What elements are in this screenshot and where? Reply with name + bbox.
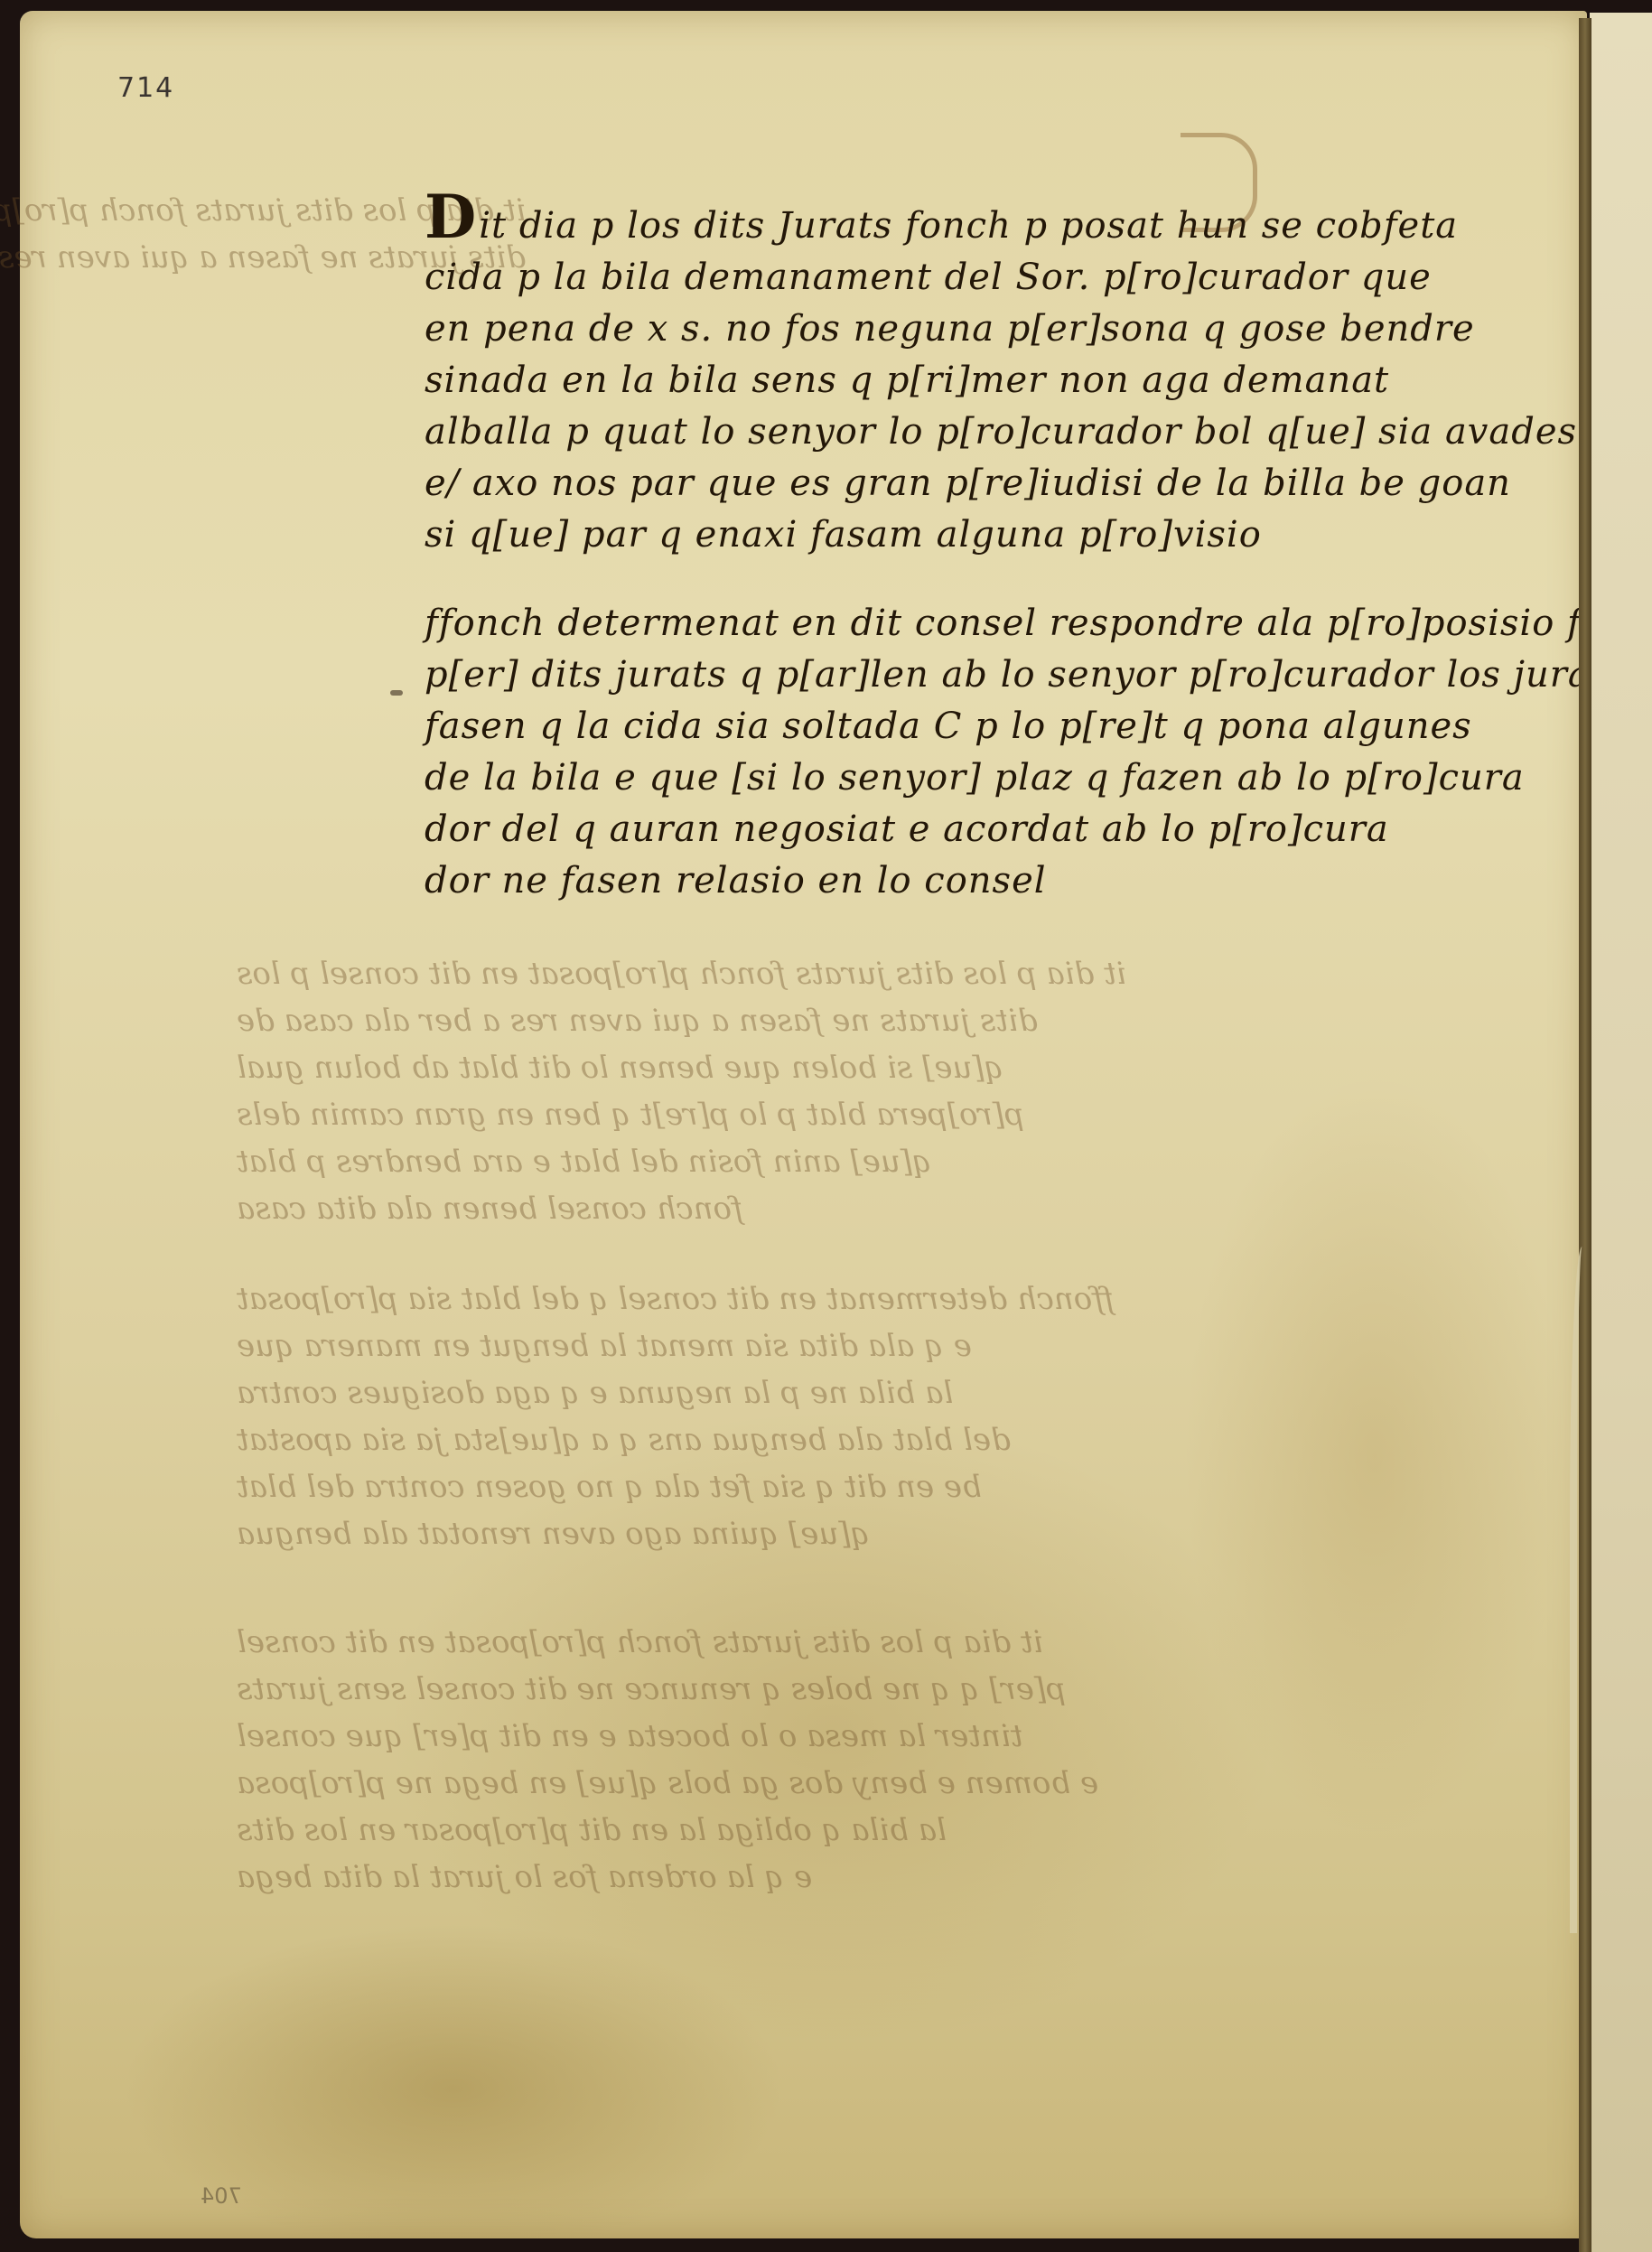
entry-line: en pena de x s. no fos neguna p[er]sona … [425, 304, 1577, 355]
bleed-line: del blat ala bengua ans q a q[ue]sta ja … [237, 1416, 1257, 1463]
bleed-line: p[ro]pera blat p lo p[re]t q ben en gran… [237, 1091, 1257, 1138]
entry-2: ffonch determenat en dit consel respondr… [425, 598, 1652, 907]
mirrored-folio-number: 704 [201, 2183, 242, 2209]
bleed-line: la bila ne p la neguna e q aga dosigues … [237, 1369, 1257, 1416]
bleedthrough-block-1: it dia p los dits jurats fonch p[ro]posa… [237, 950, 1257, 1232]
bleed-line: dits jurats ne fasen a qui aven res a be… [237, 997, 1257, 1044]
bleed-line: p[er] q q ne boles q renunce ne dit cons… [237, 1666, 1257, 1713]
entry-line: e/ axo nos par que es gran p[re]iudisi d… [425, 458, 1577, 509]
bleed-line: tinter la mesa o lo boceta e en dit p[er… [237, 1713, 1257, 1760]
entry-line: cida p la bila demanament del Sor. p[ro]… [425, 252, 1577, 304]
entry-line: si q[ue] par q enaxi fasam alguna p[ro]v… [425, 509, 1577, 561]
margin-mark [390, 690, 403, 696]
entry-line: dor ne fasen relasio en lo consel [425, 855, 1652, 907]
bleed-line: it dia p los dits jurats fonch p[ro]posa… [237, 950, 1257, 997]
entry-line: Dit dia p los dits Jurats fonch p posat … [425, 192, 1577, 252]
folio-number: 714 [117, 72, 174, 104]
entry-line: p[er] dits jurats q p[ar]len ab lo senyo… [425, 649, 1652, 701]
bleed-line: la bila q obliga la en dit p[ro]posar en… [237, 1807, 1257, 1854]
bleed-line: fonch consel benen ala dita casa [237, 1185, 1257, 1232]
bleed-line: e q la ordena fos lo jurat la dita bega [237, 1854, 1257, 1901]
entry-1: Dit dia p los dits Jurats fonch p posat … [425, 192, 1577, 561]
manuscript-page: 714 it dia p los dits jurats fonch p[ro]… [20, 11, 1587, 2238]
entry-line: de la bila e que [si lo senyor] plaz q f… [425, 752, 1652, 804]
bleed-line: be en dit q sia fet ala q no gosen contr… [237, 1463, 1257, 1510]
entry-line: sinada en la bila sens q p[ri]mer non ag… [425, 355, 1577, 406]
bleed-line: q[ue] anin fosin del blat e ara bendres … [237, 1138, 1257, 1185]
bleedthrough-block-3: it dia p los dits jurats fonch p[ro]posa… [237, 1619, 1257, 1901]
entry-line: dor del q auran negosiat e acordat ab lo… [425, 804, 1652, 855]
bleed-line: it dia p los dits jurats fonch p[ro]posa… [237, 1619, 1257, 1666]
bleed-line: e q ala dita sia menat la bengut en mane… [237, 1322, 1257, 1369]
entry-line: alballa p quat lo senyor lo p[ro]curador… [425, 406, 1577, 458]
entry-line: fasen q la cida sia soltada C p lo p[re]… [425, 701, 1652, 752]
binding-thread [1570, 1247, 1601, 1933]
bleed-line: q[ue] quina ago aven renotat ala bengua [237, 1510, 1257, 1557]
bleed-line: q[ue] si bolen que benen lo dit blat ab … [237, 1044, 1257, 1091]
bleedthrough-block-2: ffonch determenat en dit consel q del bl… [237, 1276, 1257, 1557]
bleed-line: ffonch determenat en dit consel q del bl… [237, 1276, 1257, 1322]
bleed-line: e bomen e beny dos ga bols q[ue] en bega… [237, 1760, 1257, 1807]
facing-page-edge [1590, 13, 1652, 2252]
decorated-initial: D [425, 182, 477, 252]
entry-line: ffonch determenat en dit consel respondr… [425, 598, 1652, 649]
